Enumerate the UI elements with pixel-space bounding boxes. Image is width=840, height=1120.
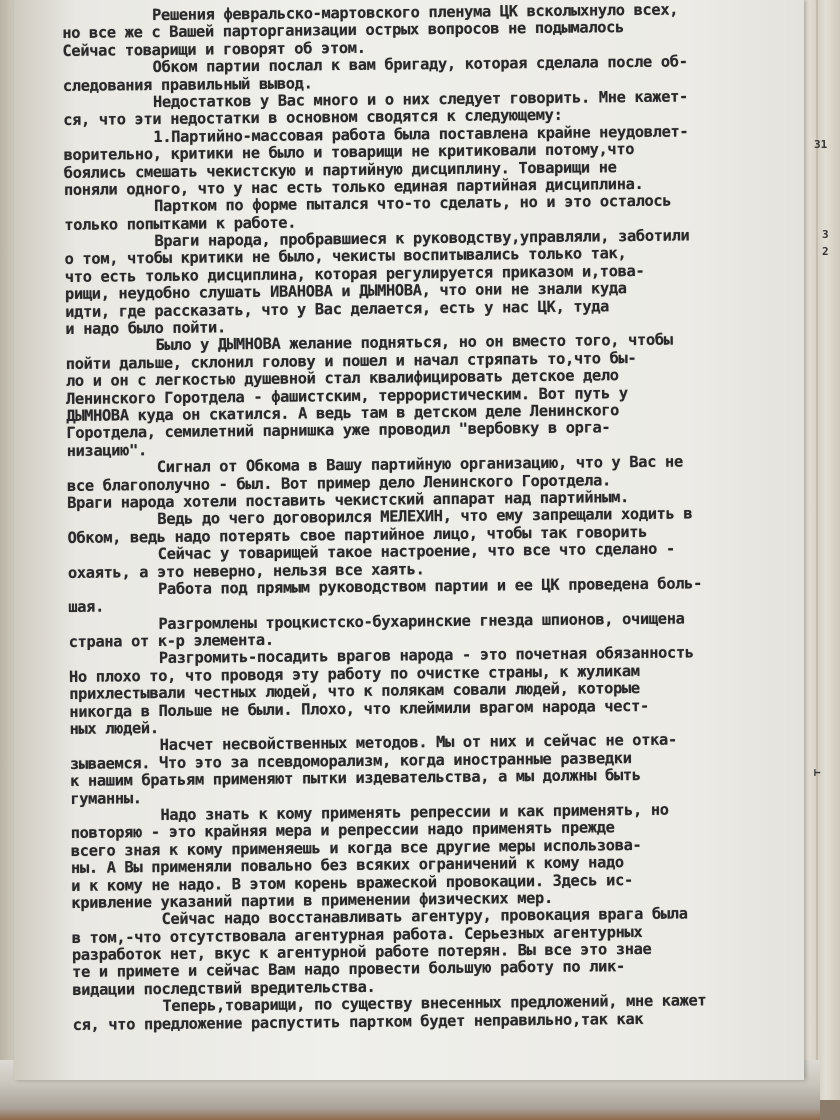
margin-mark: 3 xyxy=(822,228,829,241)
margin-mark: ⊢ xyxy=(814,766,821,779)
margin-mark: 31 xyxy=(814,138,827,151)
document-body: Решения февральско-мартовского пленума Ц… xyxy=(62,0,813,1034)
margin-mark: 2 xyxy=(822,245,829,258)
page-edge-line xyxy=(816,0,818,1080)
